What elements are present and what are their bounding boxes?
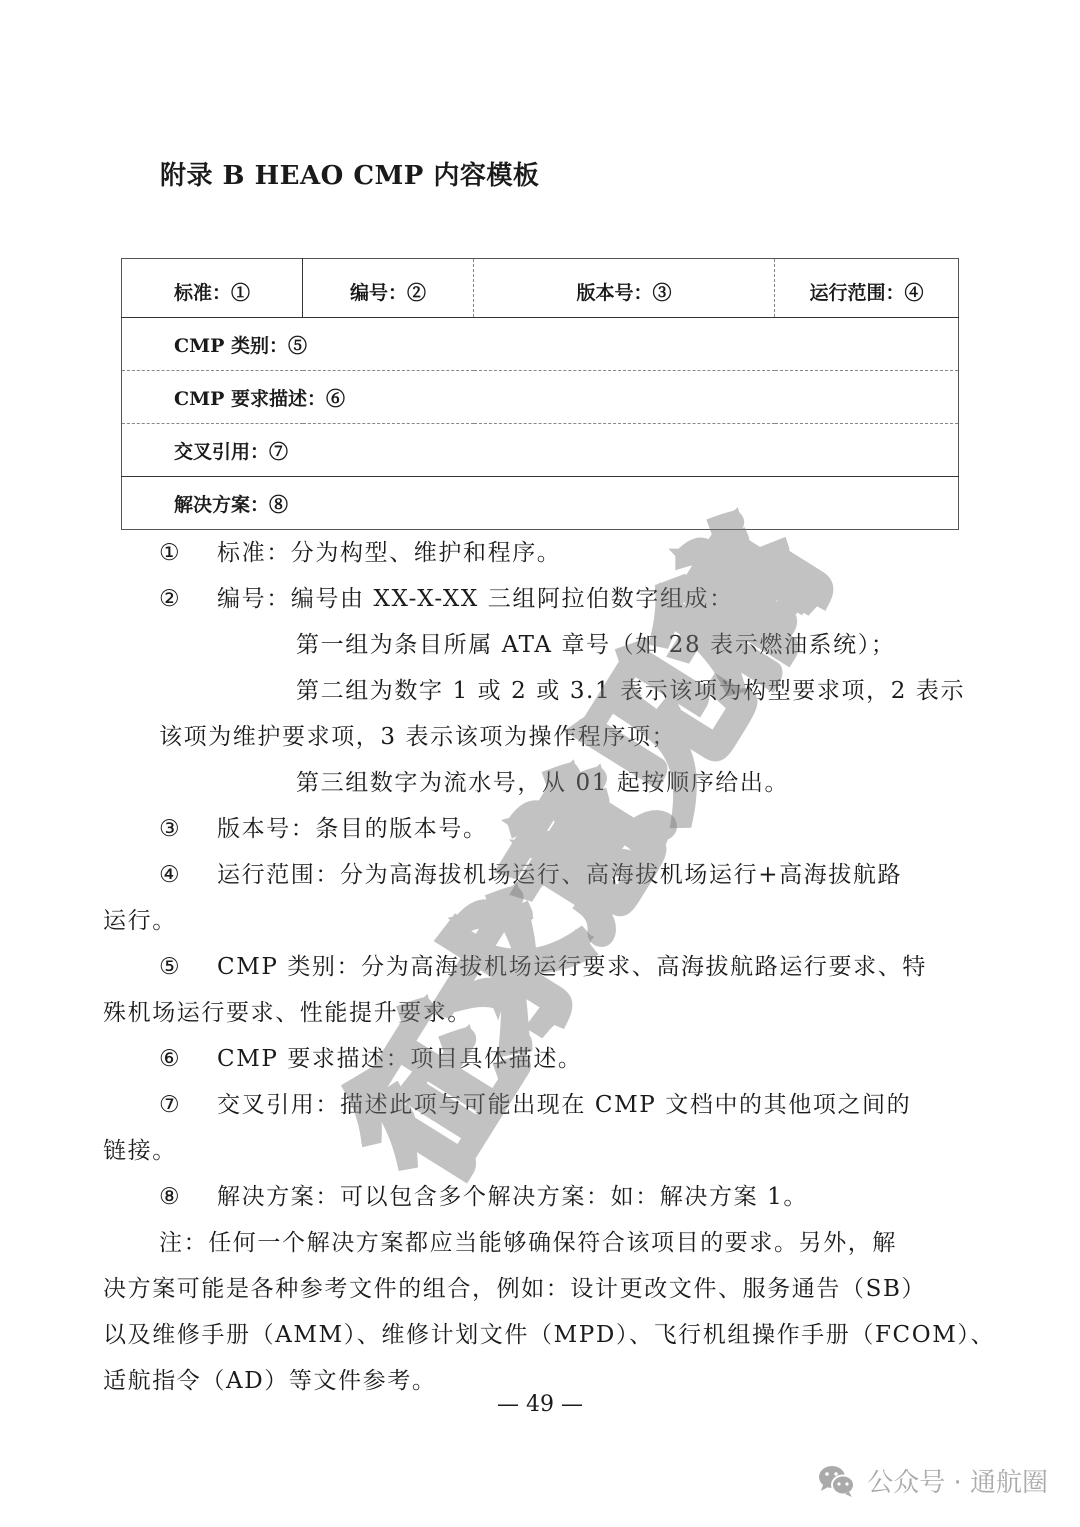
list-item: ④运行范围：分为高海拔机场运行、高海拔机场运行+高海拔航路 — [103, 852, 978, 898]
cell-scope: 运行范围：④ — [775, 259, 959, 318]
table-header-row: 标准：① 编号：② 版本号：③ 运行范围：④ — [122, 259, 959, 318]
sub-item-continued: 该项为维护要求项，3 表示该项为操作程序项； — [103, 714, 978, 760]
wechat-account-badge: 公众号 · 通航圈 — [817, 1462, 1048, 1499]
list-item: ②编号：编号由 XX-X-XX 三组阿拉伯数字组成： — [103, 576, 978, 622]
list-item: ⑤CMP 类别：分为高海拔机场运行要求、高海拔航路运行要求、特 — [103, 944, 978, 990]
cell-cross-reference: 交叉引用：⑦ — [122, 424, 959, 477]
wechat-icon — [817, 1464, 857, 1498]
item-text: 运行范围：分为高海拔机场运行、高海拔机场运行+高海拔航路 — [217, 862, 902, 888]
table-row: CMP 要求描述：⑥ — [122, 371, 959, 424]
item-number: ② — [159, 576, 217, 622]
item-number: ④ — [159, 852, 217, 898]
cell-standard: 标准：① — [122, 259, 303, 318]
appendix-heading: 附录 B HEAO CMP 内容模板 — [160, 155, 539, 192]
cell-number: 编号：② — [303, 259, 474, 318]
list-item: ⑦交叉引用：描述此项与可能出现在 CMP 文档中的其他项之间的 — [103, 1082, 978, 1128]
item-text: 解决方案：可以包含多个解决方案：如：解决方案 1。 — [217, 1184, 808, 1210]
item-text: 交叉引用：描述此项与可能出现在 CMP 文档中的其他项之间的 — [217, 1092, 911, 1118]
item-text: 标准：分为构型、维护和程序。 — [217, 540, 561, 566]
cmp-template-table: 标准：① 编号：② 版本号：③ 运行范围：④ CMP 类别：⑤ CMP 要求描述… — [121, 258, 959, 530]
item-number: ① — [159, 530, 217, 576]
sub-item: 第一组为条目所属 ATA 章号（如 28 表示燃油系统）； — [103, 622, 978, 668]
item-continued: 运行。 — [103, 898, 978, 944]
item-number: ③ — [159, 806, 217, 852]
list-item: ⑥CMP 要求描述：项目具体描述。 — [103, 1036, 978, 1082]
item-continued: 殊机场运行要求、性能提升要求。 — [103, 990, 978, 1036]
page-number: — 49 — — [0, 1392, 1080, 1417]
table-row: 解决方案：⑧ — [122, 477, 959, 530]
item-continued: 链接。 — [103, 1128, 978, 1174]
cell-cmp-description: CMP 要求描述：⑥ — [122, 371, 959, 424]
item-text: CMP 类别：分为高海拔机场运行要求、高海拔航路运行要求、特 — [217, 954, 927, 980]
note-paragraph-cont: 以及维修手册（AMM）、维修计划文件（MPD）、飞行机组操作手册（FCOM）、 — [103, 1312, 978, 1358]
list-item: ③版本号：条目的版本号。 — [103, 806, 978, 852]
wechat-account-label: 公众号 · 通航圈 — [867, 1462, 1048, 1499]
cell-solution: 解决方案：⑧ — [122, 477, 959, 530]
explanation-body: ①标准：分为构型、维护和程序。 ②编号：编号由 XX-X-XX 三组阿拉伯数字组… — [103, 530, 978, 1404]
sub-item: 第三组数字为流水号，从 01 起按顺序给出。 — [103, 760, 978, 806]
item-text: 版本号：条目的版本号。 — [217, 816, 488, 842]
list-item: ⑧解决方案：可以包含多个解决方案：如：解决方案 1。 — [103, 1174, 978, 1220]
cell-version: 版本号：③ — [474, 259, 775, 318]
cell-cmp-category: CMP 类别：⑤ — [122, 318, 959, 371]
table-row: 交叉引用：⑦ — [122, 424, 959, 477]
table-row: CMP 类别：⑤ — [122, 318, 959, 371]
note-paragraph-cont: 决方案可能是各种参考文件的组合，例如：设计更改文件、服务通告（SB） — [103, 1266, 978, 1312]
item-number: ⑥ — [159, 1036, 217, 1082]
item-number: ⑧ — [159, 1174, 217, 1220]
list-item: ①标准：分为构型、维护和程序。 — [103, 530, 978, 576]
item-text: 编号：编号由 XX-X-XX 三组阿拉伯数字组成： — [217, 586, 734, 612]
item-number: ⑤ — [159, 944, 217, 990]
note-paragraph: 注：任何一个解决方案都应当能够确保符合该项目的要求。另外，解 — [103, 1220, 978, 1266]
item-text: CMP 要求描述：项目具体描述。 — [217, 1046, 583, 1072]
item-number: ⑦ — [159, 1082, 217, 1128]
sub-item: 第二组为数字 1 或 2 或 3.1 表示该项为构型要求项，2 表示 — [103, 668, 978, 714]
